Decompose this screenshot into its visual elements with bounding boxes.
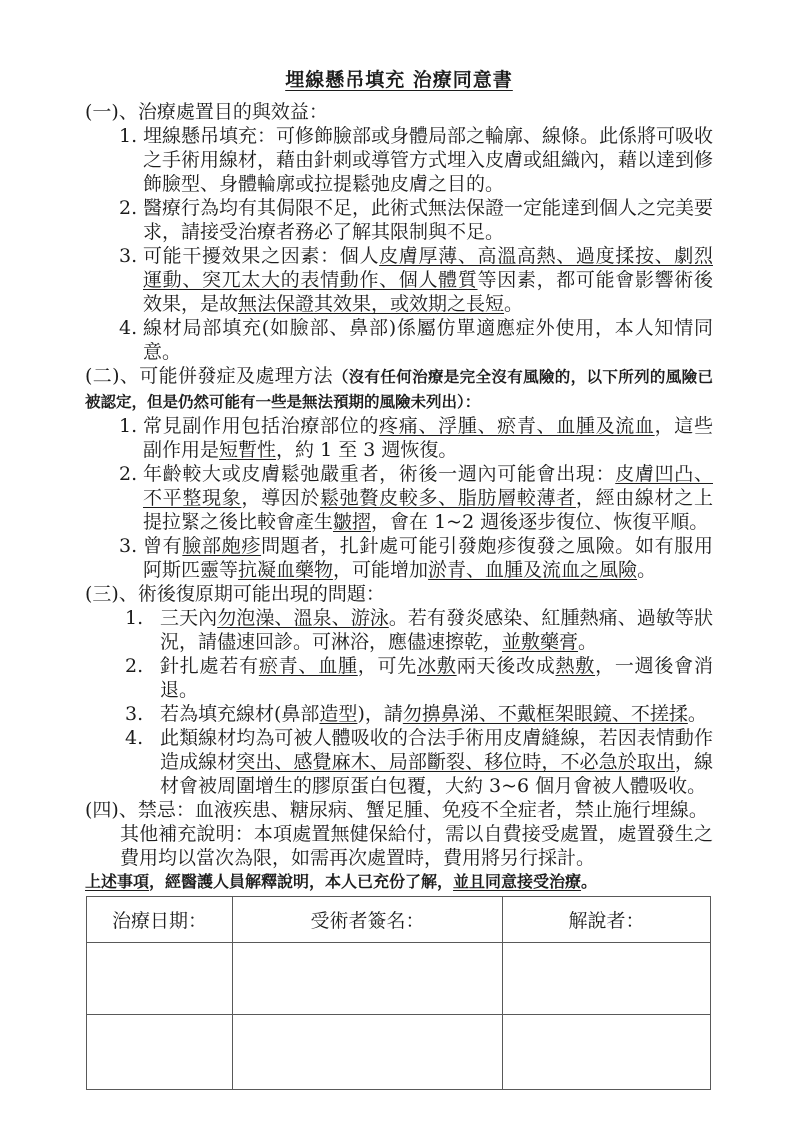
text-segment: (一)、治療處置目的與效益： (85, 101, 328, 123)
text-segment: 。 (578, 631, 597, 653)
text-segment: (四)、禁忌：血液疾患、糖尿病、蟹足腫、免疫不全症者，禁止施行埋線。 (85, 799, 708, 821)
text-segment: 瘀青、血腫 (259, 655, 358, 677)
signature-table-row (87, 943, 711, 1015)
item-number: 3. (119, 534, 137, 558)
patient-signature-cell-empty (233, 1015, 503, 1090)
item-number: 4. (119, 316, 137, 340)
text-segment: (三)、術後復原期可能出現的問題： (85, 583, 385, 605)
item-text: 可能干擾效果之因素：個人皮膚厚薄、高溫高熱、過度揉按、劇烈運動、突兀太大的表情動… (143, 245, 713, 315)
list-item: 1.常見副作用包括治療部位的疼痛、浮腫、瘀青、血腫及流血，這些副作用是短暫性，約… (85, 414, 713, 462)
list-item: 2.醫療行為均有其侷限不足，此術式無法保證一定能達到個人之完美要求，請接受治療者… (85, 196, 713, 244)
item-number: 1. (119, 414, 137, 438)
list-item: 2.針扎處若有瘀青、血腫，可先冰敷兩天後改成熱敷，一週後會消退。 (85, 654, 713, 702)
text-segment: 兩天後改成 (457, 655, 556, 677)
treatment-date-cell-empty (87, 1015, 233, 1090)
table-header-treatment-date: 治療日期： (87, 897, 233, 943)
text-segment: 其他補充說明：本項處置無健保給付，需以自費接受處置，處置發生之費用均以當次為限，… (120, 823, 713, 869)
item-text: 線材局部填充(如臉部、鼻部)係屬仿單適應症外使用，本人知情同意。 (143, 317, 713, 363)
text-segment: ，可能增加 (333, 559, 428, 581)
list-item: 3.曾有臉部皰疹問題者，扎針處可能引發皰疹復發之風險。如有服用阿斯匹靈等抗凝血藥… (85, 534, 713, 582)
text-segment: 。 (637, 559, 656, 581)
text-segment: 年齡較大或皮膚鬆弛嚴重者，術後一週內可能會出現： (143, 463, 615, 485)
list-item: 4.線材局部填充(如臉部、鼻部)係屬仿單適應症外使用，本人知情同意。 (85, 316, 713, 364)
text-segment: 三天內 (160, 607, 217, 629)
text-segment: 埋線懸吊填充：可修飾臉部或身體局部之輪廓、線條。此係將可吸收之手術用線材，藉由針… (143, 125, 713, 195)
page-content: 埋線懸吊填充 治療同意書 (一)、治療處置目的與效益：1.埋線懸吊填充：可修飾臉… (85, 66, 713, 1090)
text-segment: 並且同意接受治療 (453, 872, 581, 891)
text-segment: 造型 (319, 703, 357, 725)
consent-statement: 上述事項，經醫護人員解釋說明，本人已充份了解，並且同意接受治療。 (85, 871, 713, 892)
list-item: 3.若為填充線材(鼻部造型)，請勿擤鼻涕、不戴框架眼鏡、不搓揉。 (85, 702, 713, 726)
item-number: 1. (125, 606, 143, 630)
item-number: 1. (119, 124, 137, 148)
item-number: 2. (119, 196, 137, 220)
item-number: 2. (119, 462, 137, 486)
text-segment: ，經醫護人員解釋說明，本人已充份了解， (149, 872, 453, 891)
section-heading-purpose-and-benefit: (一)、治療處置目的與效益： (85, 100, 713, 124)
item-text: 埋線懸吊填充：可修飾臉部或身體局部之輪廓、線條。此係將可吸收之手術用線材，藉由針… (143, 125, 713, 195)
signature-table-row (87, 1015, 711, 1090)
text-segment: 上述事項 (85, 872, 149, 891)
item-text: 曾有臉部皰疹問題者，扎針處可能引發皰疹復發之風險。如有服用阿斯匹靈等抗凝血藥物，… (143, 535, 713, 581)
item-number: 3. (125, 702, 143, 726)
item-text: 此類線材均為可被人體吸收的合法手術用皮膚縫線，若因表情動作造成線材突出、感覺麻木… (160, 727, 713, 797)
text-segment: 若為填充線材(鼻部 (160, 703, 319, 725)
document-title-text: 埋線懸吊填充 治療同意書 (285, 69, 513, 91)
text-segment: 可能干擾效果之因素：個人 (143, 245, 379, 267)
section-heading-contraindications: (四)、禁忌：血液疾患、糖尿病、蟹足腫、免疫不全症者，禁止施行埋線。 (85, 798, 713, 822)
item-number: 4. (125, 726, 143, 750)
document-body: (一)、治療處置目的與效益：1.埋線懸吊填充：可修飾臉部或身體局部之輪廓、線條。… (85, 100, 713, 870)
text-segment: 鬆弛贅皮較多、脂肪層較薄者 (320, 487, 576, 509)
text-segment: 臉部皰疹 (182, 535, 261, 557)
text-segment: 醫療行為均有其侷限不足，此術式無法保證一定能達到個人之完美要求，請接受治療者務必… (143, 197, 713, 243)
text-segment: 疼痛、浮腫、瘀青、血腫及流血 (379, 415, 654, 437)
list-item: 4.此類線材均為可被人體吸收的合法手術用皮膚縫線，若因表情動作造成線材突出、感覺… (85, 726, 713, 798)
text-segment: 淤青、血腫及流血之風險 (428, 559, 637, 581)
text-segment: 熱敷 (556, 655, 596, 677)
text-segment: (二)、可能併發症及處理方法 (85, 365, 333, 387)
text-segment: ，約 1 至 3 週恢復。 (276, 439, 457, 461)
text-segment: 冰敷 (417, 655, 457, 677)
text-segment: ，可先 (358, 655, 417, 677)
table-header-explainer: 解說者： (503, 897, 711, 943)
text-segment: ，會在 1~2 週後逐步復位、恢復平順。 (371, 511, 708, 533)
text-segment: 。 (504, 293, 523, 315)
text-segment: 常見副作用包括治療部位的 (143, 415, 379, 437)
text-segment: 。 (688, 703, 707, 725)
text-segment: )，請 (357, 703, 402, 725)
text-segment: 突出、感覺麻木、局部斷裂、移位時，不必急於取出 (236, 751, 675, 773)
item-text: 醫療行為均有其侷限不足，此術式無法保證一定能達到個人之完美要求，請接受治療者務必… (143, 197, 713, 243)
text-segment: 皺摺 (333, 511, 371, 533)
list-item: 2.年齡較大或皮膚鬆弛嚴重者，術後一週內可能會出現：皮膚凹凸、不平整現象，導因於… (85, 462, 713, 534)
section-heading-recovery-period-issues: (三)、術後復原期可能出現的問題： (85, 582, 713, 606)
patient-signature-cell-empty (233, 943, 503, 1015)
item-text: 年齡較大或皮膚鬆弛嚴重者，術後一週內可能會出現：皮膚凹凸、不平整現象，導因於鬆弛… (143, 463, 713, 533)
text-segment: 勿擤鼻涕、不戴框架眼鏡、不搓揉 (403, 703, 688, 725)
text-segment: 勿泡澡、溫泉、游泳 (217, 607, 389, 629)
item-text: 常見副作用包括治療部位的疼痛、浮腫、瘀青、血腫及流血，這些副作用是短暫性，約 1… (143, 415, 713, 461)
section-heading-complications-and-management: (二)、可能併發症及處理方法（沒有任何治療是完全沒有風險的，以下所列的風險已被認… (85, 364, 713, 414)
text-segment: 線材局部填充(如臉部、鼻部)係屬仿單適應症外使用，本人知情同意。 (143, 317, 713, 363)
list-item: 1.三天內勿泡澡、溫泉、游泳。若有發炎感染、紅腫熱痛、過敏等狀況，請儘速回診。可… (85, 606, 713, 654)
text-segment: 。 (581, 872, 597, 891)
text-segment: 無法保證其效果，或效期之長短 (238, 293, 504, 315)
signature-table-header-row: 治療日期： 受術者簽名： 解說者： (87, 897, 711, 943)
supplementary-note: 其他補充說明：本項處置無健保給付，需以自費接受處置，處置發生之費用均以當次為限，… (85, 822, 713, 870)
item-text: 三天內勿泡澡、溫泉、游泳。若有發炎感染、紅腫熱痛、過敏等狀況，請儘速回診。可淋浴… (160, 607, 713, 653)
item-number: 2. (125, 654, 143, 678)
explainer-cell-empty (503, 943, 711, 1015)
signature-table: 治療日期： 受術者簽名： 解說者： (86, 896, 711, 1090)
document-title: 埋線懸吊填充 治療同意書 (85, 66, 713, 94)
text-segment: 短暫性 (219, 439, 276, 461)
list-item: 1.埋線懸吊填充：可修飾臉部或身體局部之輪廓、線條。此係將可吸收之手術用線材，藉… (85, 124, 713, 196)
text-segment: 並敷藥膏 (502, 631, 578, 653)
list-item: 3.可能干擾效果之因素：個人皮膚厚薄、高溫高熱、過度揉按、劇烈運動、突兀太大的表… (85, 244, 713, 316)
text-segment: 抗凝血藥物 (238, 559, 333, 581)
consent-form-page: 埋線懸吊填充 治療同意書 (一)、治療處置目的與效益：1.埋線懸吊填充：可修飾臉… (0, 0, 794, 1123)
item-number: 3. (119, 244, 137, 268)
table-header-patient-signature: 受術者簽名： (233, 897, 503, 943)
explainer-cell-empty (503, 1015, 711, 1090)
text-segment: 曾有 (143, 535, 182, 557)
text-segment: ，導因於 (241, 487, 320, 509)
treatment-date-cell-empty (87, 943, 233, 1015)
item-text: 若為填充線材(鼻部造型)，請勿擤鼻涕、不戴框架眼鏡、不搓揉。 (160, 703, 707, 725)
item-text: 針扎處若有瘀青、血腫，可先冰敷兩天後改成熱敷，一週後會消退。 (160, 655, 713, 701)
text-segment: 針扎處若有 (160, 655, 259, 677)
